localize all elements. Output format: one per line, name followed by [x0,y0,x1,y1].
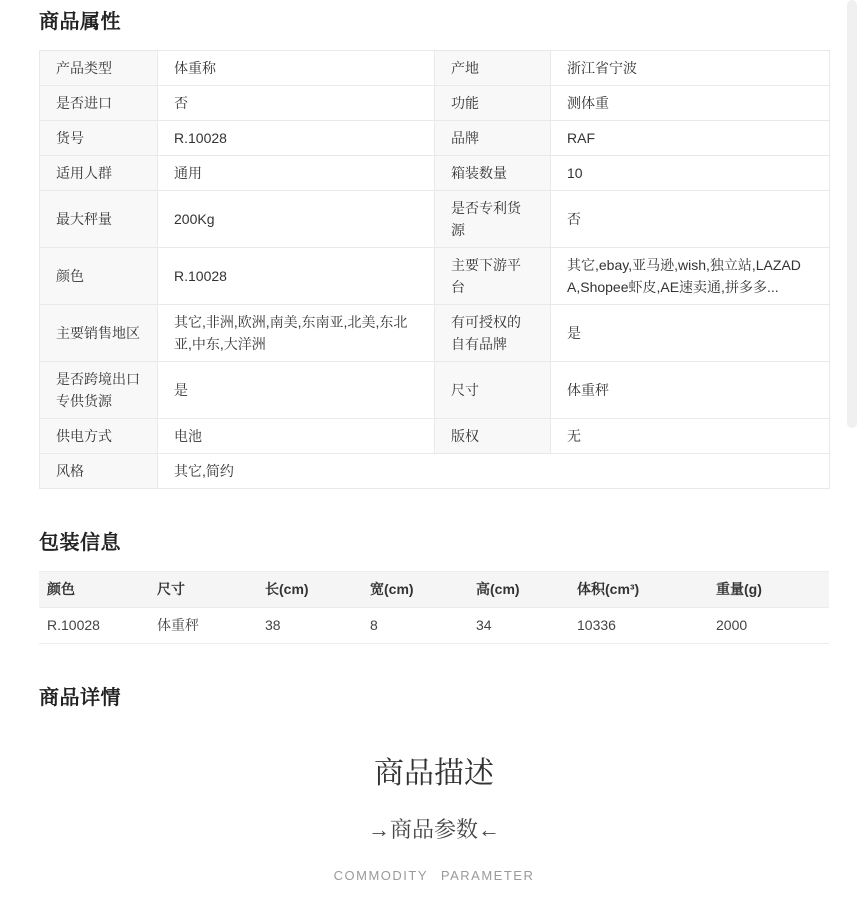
attr-value: RAF [551,121,830,156]
attr-value: 10 [551,156,830,191]
packaging-section-title: 包装信息 [39,529,829,557]
product-description-heading: 商品描述 [39,756,829,792]
attr-label: 有可授权的自有品牌 [435,305,551,362]
packaging-col-header: 长(cm) [257,572,362,608]
attr-label: 品牌 [435,121,551,156]
table-row: 产品类型 体重称 产地 浙江省宁波 [40,51,830,86]
table-row: 适用人群 通用 箱装数量 10 [40,156,830,191]
attr-label: 是否跨境出口专供货源 [40,362,158,419]
attr-value: 其它,简约 [158,454,830,489]
attr-value: R.10028 [158,248,435,305]
attr-label: 功能 [435,86,551,121]
section-packaging-info: 包装信息 颜色 尺寸 长(cm) 宽(cm) 高(cm) 体积(cm³) 重量(… [39,529,829,644]
packaging-col-header: 高(cm) [468,572,569,608]
table-row: 货号 R.10028 品牌 RAF [40,121,830,156]
product-parameter-heading: →商品参数← [39,816,829,844]
attr-label: 货号 [40,121,158,156]
attr-label: 主要下游平台 [435,248,551,305]
attr-value: 否 [551,191,830,248]
packaging-cell: 8 [362,608,468,644]
attr-value: 200Kg [158,191,435,248]
attr-label: 产地 [435,51,551,86]
attr-label: 风格 [40,454,158,489]
table-row: 主要销售地区 其它,非洲,欧洲,南美,东南亚,北美,东北亚,中东,大洋洲 有可授… [40,305,830,362]
attr-value: R.10028 [158,121,435,156]
attr-label: 适用人群 [40,156,158,191]
attr-value: 通用 [158,156,435,191]
attr-value: 体重称 [158,51,435,86]
packaging-cell: 体重秤 [149,608,257,644]
attr-label: 是否专利货源 [435,191,551,248]
attr-value: 浙江省宁波 [551,51,830,86]
table-row: 最大秤量 200Kg 是否专利货源 否 [40,191,830,248]
details-section-title: 商品详情 [39,684,829,712]
packaging-table: 颜色 尺寸 长(cm) 宽(cm) 高(cm) 体积(cm³) 重量(g) R.… [39,571,829,644]
attr-label: 箱装数量 [435,156,551,191]
attributes-section-title: 商品属性 [39,8,829,36]
commodity-parameter-caption: COMMODITY PARAMETER [39,868,829,884]
attr-label: 尺寸 [435,362,551,419]
attr-label: 是否进口 [40,86,158,121]
attributes-table: 产品类型 体重称 产地 浙江省宁波 是否进口 否 功能 测体重 货号 R.100… [39,50,830,489]
table-row: 是否进口 否 功能 测体重 [40,86,830,121]
packaging-cell: R.10028 [39,608,149,644]
attr-value: 体重秤 [551,362,830,419]
attr-value: 电池 [158,419,435,454]
scrollbar-thumb[interactable] [847,0,857,428]
table-row: 风格 其它,简约 [40,454,830,489]
packaging-col-header: 宽(cm) [362,572,468,608]
packaging-col-header: 尺寸 [149,572,257,608]
attr-value: 测体重 [551,86,830,121]
attr-label: 最大秤量 [40,191,158,248]
section-product-attributes: 商品属性 产品类型 体重称 产地 浙江省宁波 是否进口 否 功能 测体重 [39,8,829,489]
table-row: 颜色 R.10028 主要下游平台 其它,ebay,亚马逊,wish,独立站,L… [40,248,830,305]
packaging-col-header: 重量(g) [708,572,829,608]
table-row: 供电方式 电池 版权 无 [40,419,830,454]
product-detail-page: 商品属性 产品类型 体重称 产地 浙江省宁波 是否进口 否 功能 测体重 [0,0,859,908]
packaging-cell: 2000 [708,608,829,644]
attr-label: 供电方式 [40,419,158,454]
attr-value: 其它,非洲,欧洲,南美,东南亚,北美,东北亚,中东,大洋洲 [158,305,435,362]
attr-label: 颜色 [40,248,158,305]
attr-value: 无 [551,419,830,454]
attr-label: 版权 [435,419,551,454]
packaging-cell: 10336 [569,608,708,644]
attr-value: 是 [158,362,435,419]
attr-value: 是 [551,305,830,362]
table-row: 是否跨境出口专供货源 是 尺寸 体重秤 [40,362,830,419]
attr-value: 其它,ebay,亚马逊,wish,独立站,LAZADA,Shopee虾皮,AE速… [551,248,830,305]
attr-value: 否 [158,86,435,121]
table-header-row: 颜色 尺寸 长(cm) 宽(cm) 高(cm) 体积(cm³) 重量(g) [39,572,829,608]
table-row: R.10028 体重秤 38 8 34 10336 2000 [39,608,829,644]
scrollbar-track[interactable] [845,0,859,872]
section-product-details: 商品详情 商品描述 →商品参数← COMMODITY PARAMETER [39,684,829,884]
attr-label: 产品类型 [40,51,158,86]
packaging-cell: 38 [257,608,362,644]
packaging-cell: 34 [468,608,569,644]
packaging-col-header: 体积(cm³) [569,572,708,608]
attr-label: 主要销售地区 [40,305,158,362]
packaging-col-header: 颜色 [39,572,149,608]
